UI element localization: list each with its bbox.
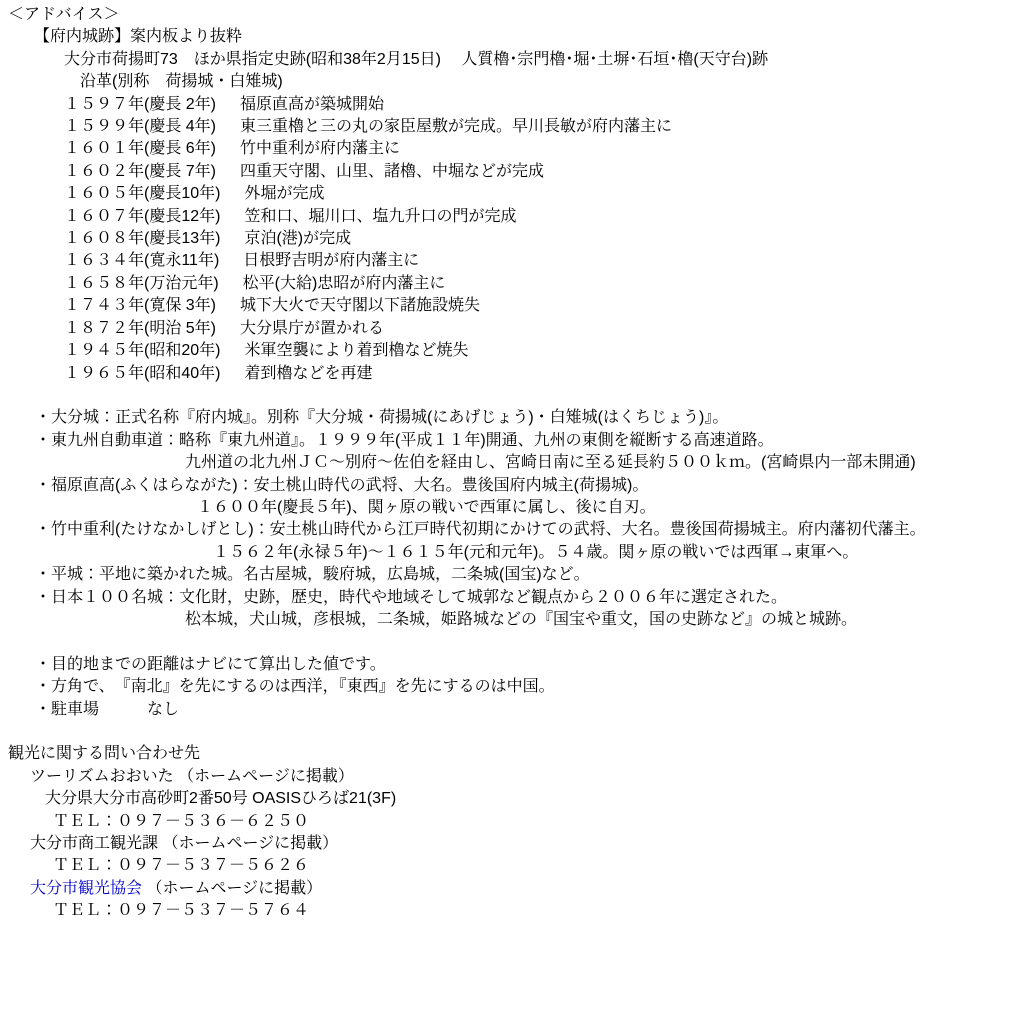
advice-header: ＜アドバイス＞ — [0, 4, 1016, 26]
contact-org-tourism-association: 大分市観光協会 （ホームページに掲載） — [0, 878, 1016, 900]
timeline-year: １６０２年(慶長 7年) — [64, 163, 216, 180]
contact-org-note: （ホームページに掲載） — [142, 880, 322, 897]
contact-org-name: ツーリズムおおいた — [30, 768, 174, 785]
timeline-row: １６０８年(慶長13年)京泊(港)が完成 — [0, 228, 1016, 250]
timeline-event: 大分県庁が置かれる — [240, 320, 384, 337]
timeline-event: 竹中重利が府内藩主に — [240, 140, 400, 157]
glossary-line-oita-castle: ・大分城：正式名称『府内城』。別称『大分城・荷揚城(にあげじょう)・白雉城(はく… — [0, 407, 1016, 429]
contact-heading: 観光に関する問い合わせ先 — [0, 743, 1016, 765]
timeline-year: １７４３年(寛保 3年) — [64, 297, 216, 314]
timeline-row: １６０７年(慶長12年)笠和口、堀川口、塩九升口の門が完成 — [0, 206, 1016, 228]
glossary-line-expressway: ・東九州自動車道：略称『東九州道』。１９９９年(平成１１年)開通、九州の東側を縦… — [0, 430, 1016, 452]
oita-city-tourism-association-link[interactable]: 大分市観光協会 — [30, 880, 142, 897]
timeline-event: 城下大火で天守閣以下諸施設焼失 — [240, 297, 480, 314]
contact-org-note: （ホームページに掲載） — [158, 835, 338, 852]
timeline-event: 四重天守閣、山里、諸櫓、中堀などが完成 — [240, 163, 544, 180]
spacer — [0, 721, 1016, 743]
timeline-event: 笠和口、堀川口、塩九升口の門が完成 — [244, 208, 516, 225]
contact-tel-line: ＴＥＬ：０９７－５３７－５７６４ — [0, 900, 1016, 922]
timeline-year: １６０５年(慶長10年) — [64, 185, 220, 202]
glossary-line-expressway-cont: 九州道の北九州ＪＣ～別府～佐伯を経由し、宮崎日南に至る延長約５００ｋｍ。(宮崎県… — [0, 452, 1016, 474]
note-line-direction: ・方角で、 『南北』を先にするのは西洋，『東西』を先にするのは中国。 — [0, 676, 1016, 698]
contact-org-note: （ホームページに掲載） — [174, 768, 354, 785]
history-heading: 沿革(別称 荷揚城・白雉城) — [0, 71, 1016, 93]
spacer — [0, 631, 1016, 653]
timeline-event: 米軍空襲により着到櫓など焼失 — [244, 342, 468, 359]
timeline-year: １６０８年(慶長13年) — [64, 230, 220, 247]
timeline-year: １６０７年(慶長12年) — [64, 208, 220, 225]
timeline-year: １５９７年(慶長 2年) — [64, 96, 216, 113]
document-body: ＜アドバイス＞ 【府内城跡】案内板より抜粋 大分市荷揚町73 ほか県指定史跡(昭… — [0, 0, 1016, 923]
timeline-row: １６０２年(慶長 7年)四重天守閣、山里、諸櫓、中堀などが完成 — [0, 161, 1016, 183]
spacer — [0, 385, 1016, 407]
contact-tel-line: ＴＥＬ：０９７－５３７－５６２６ — [0, 855, 1016, 877]
timeline-event: 日根野吉明が府内藩主に — [243, 252, 419, 269]
timeline-row: １８７２年(明治 5年)大分県庁が置かれる — [0, 318, 1016, 340]
glossary-line-fukuhara: ・福原直高(ふくはらながた)：安土桃山時代の武将、大名。豊後国府内城主(荷揚城)… — [0, 475, 1016, 497]
timeline-year: １５９９年(慶長 4年) — [64, 118, 216, 135]
glossary-line-takenaka: ・竹中重利(たけなかしげとし)：安土桃山時代から江戸時代初期にかけての武将、大名… — [0, 519, 1016, 541]
timeline-row: １６０５年(慶長10年)外堀が完成 — [0, 183, 1016, 205]
timeline-event: 東三重櫓と三の丸の家臣屋敷が完成。早川長敏が府内藩主に — [240, 118, 672, 135]
timeline-row: １５９７年(慶長 2年)福原直高が築城開始 — [0, 94, 1016, 116]
contact-tel-line: ＴＥＬ：０９７－５３６－６２５０ — [0, 811, 1016, 833]
note-line-parking: ・駐車場 なし — [0, 699, 1016, 721]
timeline-row: １６０１年(慶長 6年)竹中重利が府内藩主に — [0, 138, 1016, 160]
timeline-year: １６５８年(万治元年) — [64, 275, 219, 292]
timeline-row: １９４５年(昭和20年)米軍空襲により着到櫓など焼失 — [0, 340, 1016, 362]
excerpt-title: 【府内城跡】案内板より抜粋 — [0, 26, 1016, 48]
glossary-line-100-castles-cont: 松本城，犬山城，彦根城，二条城，姫路城などの『国宝や重文，国の史跡など』の城と城… — [0, 609, 1016, 631]
timeline-row: １７４３年(寛保 3年)城下大火で天守閣以下諸施設焼失 — [0, 295, 1016, 317]
timeline-row: １９６５年(昭和40年)着到櫓などを再建 — [0, 363, 1016, 385]
note-line-distance: ・目的地までの距離はナビにて算出した値です。 — [0, 654, 1016, 676]
timeline-year: １９６５年(昭和40年) — [64, 365, 220, 382]
timeline-event: 松平(大給)忠昭が府内藩主に — [243, 275, 446, 292]
timeline-row: １５９９年(慶長 4年)東三重櫓と三の丸の家臣屋敷が完成。早川長敏が府内藩主に — [0, 116, 1016, 138]
timeline-row: １６５８年(万治元年)松平(大給)忠昭が府内藩主に — [0, 273, 1016, 295]
timeline-event: 福原直高が築城開始 — [240, 96, 384, 113]
timeline-row: １６３４年(寛永11年)日根野吉明が府内藩主に — [0, 250, 1016, 272]
timeline-year: １８７２年(明治 5年) — [64, 320, 216, 337]
timeline-year: １９４５年(昭和20年) — [64, 342, 220, 359]
contact-org-city-commerce: 大分市商工観光課 （ホームページに掲載） — [0, 833, 1016, 855]
site-address-line: 大分市荷揚町73 ほか県指定史跡(昭和38年2月15日) 人質櫓･宗門櫓･堀･土… — [0, 49, 1016, 71]
timeline-event: 着到櫓などを再建 — [244, 365, 372, 382]
contact-org-name: 大分市商工観光課 — [30, 835, 158, 852]
timeline-event: 京泊(港)が完成 — [244, 230, 351, 247]
contact-org-tourism-oita: ツーリズムおおいた （ホームページに掲載） — [0, 766, 1016, 788]
contact-address-line: 大分県大分市高砂町2番50号 OASISひろば21(3F) — [0, 788, 1016, 810]
timeline-year: １６３４年(寛永11年) — [64, 252, 219, 269]
timeline-year: １６０１年(慶長 6年) — [64, 140, 216, 157]
glossary-line-fukuhara-cont: １６００年(慶長５年)、関ヶ原の戦いで西軍に属し、後に自刃。 — [0, 497, 1016, 519]
timeline-event: 外堀が完成 — [244, 185, 324, 202]
glossary-line-takenaka-cont: １５６２年(永禄５年)～１６１５年(元和元年)。５４歳。関ヶ原の戦いでは西軍→東… — [0, 542, 1016, 564]
glossary-line-100-castles: ・日本１００名城：文化財，史跡，歴史，時代や地域そして城郭など観点から２００６年… — [0, 587, 1016, 609]
glossary-line-hirajiro: ・平城：平地に築かれた城。名古屋城，駿府城，広島城，二条城(国宝)など。 — [0, 564, 1016, 586]
